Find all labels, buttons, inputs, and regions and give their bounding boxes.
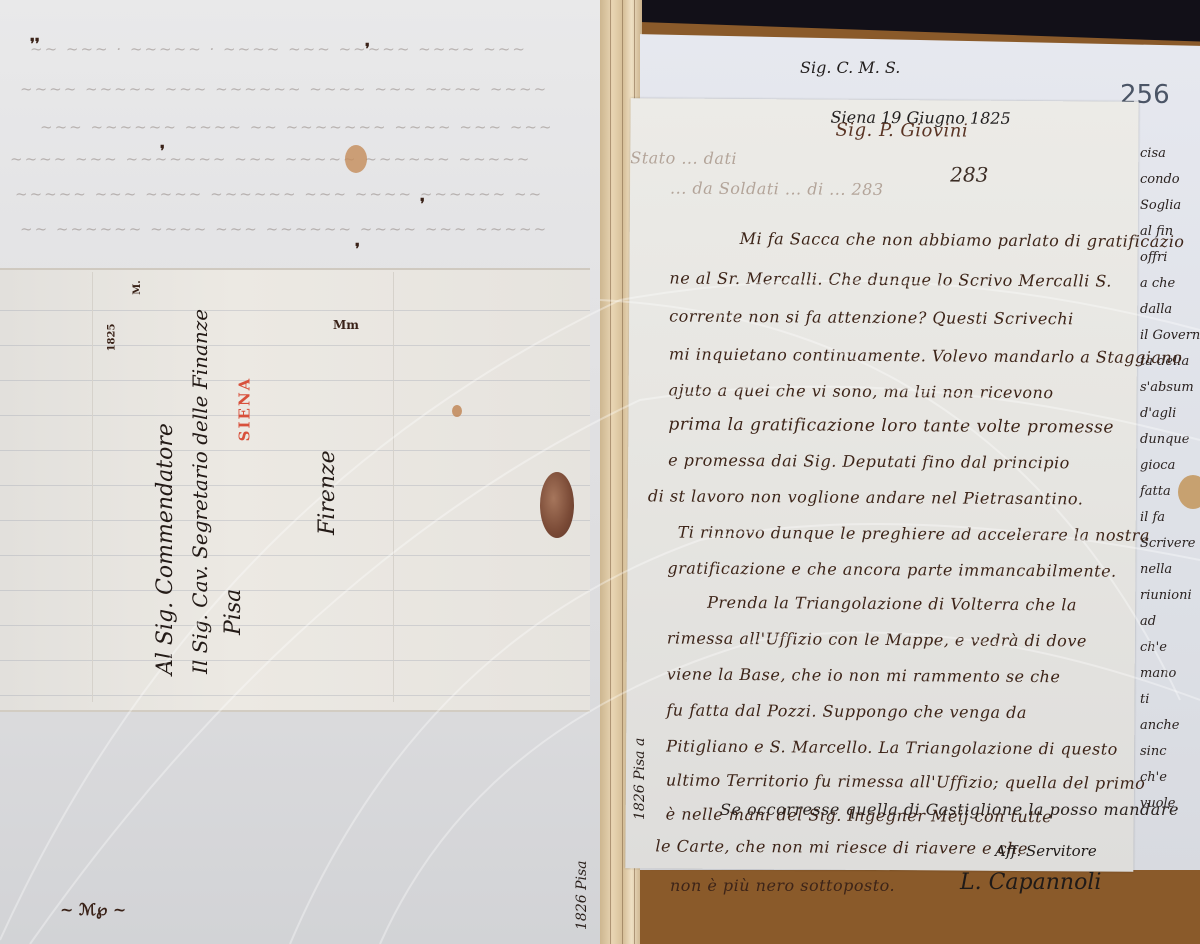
ink-mark: ❜ xyxy=(160,142,165,160)
margin-fragment: fatta xyxy=(1140,484,1171,499)
letter-line: le Carte, che non mi riesce di riavere e… xyxy=(655,836,1028,858)
folio-number: 283 xyxy=(950,162,988,186)
letter-line: Se occorresse quella di Castiglione la p… xyxy=(720,800,1179,819)
margin-fragment: dalla xyxy=(1140,302,1172,317)
margin-fragment: d'agli xyxy=(1140,406,1176,421)
wax-seal xyxy=(540,472,574,538)
annotation: Mm xyxy=(333,318,359,332)
letter-line: Mi fa Sacca che non abbiamo parlato di g… xyxy=(740,229,1185,251)
bleed-through-text: ~~~~ ~~~ ~~~~~~~ ~~~ ~~~~~ ~~~~~~ ~~~~~ xyxy=(10,150,531,168)
ink-mark: ❜❜ xyxy=(30,35,40,53)
margin-fragment: il Governo xyxy=(1140,328,1200,343)
vertical-margin-note: 1826 Pisa a xyxy=(632,738,648,820)
postmark: SIENA xyxy=(235,377,253,442)
signature: L. Capannoli xyxy=(960,870,1101,895)
letter-line: e promessa dai Sig. Deputati fino dal pr… xyxy=(668,451,1070,473)
letter-line: rimessa all'Uffizio con le Mappe, e vedr… xyxy=(667,629,1087,651)
ink-mark: ❜ xyxy=(420,195,425,213)
margin-note: M. xyxy=(132,280,143,295)
letter-line: ultimo Territorio fu rimessa all'Uffizio… xyxy=(666,770,1145,792)
letter-line: fu fatta dal Pozzi. Suppongo che venga d… xyxy=(666,701,1027,723)
margin-fragment: s'absum xyxy=(1140,380,1194,395)
address-line: Pisa xyxy=(221,589,246,635)
margin-fragment: offri xyxy=(1140,250,1167,265)
bleed-through-text: ~~~ ~~~~~~ ~~~~ ~~ ~~~~~~~ ~~~~ ~~~ ~~~ xyxy=(40,118,554,136)
bleed-through-text: ~~ ~~~~~~ ~~~~ ~~~ ~~~~~~ ~~~~ ~~~ ~~~~~ xyxy=(20,220,548,238)
ink-mark: ~ ℳ℘ ~ xyxy=(60,900,126,919)
letter-line: gratificazione e che ancora parte immanc… xyxy=(667,559,1116,581)
faded-line: ... da Soldati ... di ... 283 xyxy=(670,179,884,199)
archival-photograph: ~~ ~~~ · ~~~~~ · ~~~~ ~~~ ~~~~~ ~~~~ ~~~… xyxy=(0,0,1200,944)
margin-fragment: mano xyxy=(1140,666,1176,681)
closing: Aff. Servitore xyxy=(995,842,1097,860)
ink-mark: ❜ xyxy=(355,240,360,258)
bleed-through-text: ~~~~~ ~~~ ~~~~ ~~~~~~ ~~~ ~~~~ ~~~~~~ ~~ xyxy=(15,185,543,203)
margin-fragment: nella xyxy=(1140,562,1172,577)
margin-fragment: dunque xyxy=(1140,432,1189,447)
letter-sheet: Siena 19 Giugno 1825 Sig. P. Giovini Sta… xyxy=(625,98,1138,872)
spine-note: 1826 Pisa xyxy=(574,860,590,930)
foxing-stain xyxy=(345,145,367,173)
margin-fragment: a che xyxy=(1140,276,1175,291)
margin-note: 1825 xyxy=(106,324,117,352)
address-line: Al Sig. Commendatore xyxy=(153,423,178,675)
margin-fragment: gioca xyxy=(1140,458,1175,473)
address-line: Il Sig. Cav. Segretario delle Finanze xyxy=(188,309,212,674)
sheet-header: Sig. C. M. S. xyxy=(800,58,900,77)
margin-fragment: sinc xyxy=(1140,744,1166,759)
margin-fragment: ad xyxy=(1140,614,1156,629)
salutation: Sig. P. Giovini xyxy=(835,120,968,142)
faded-line: Stato ... dati xyxy=(630,148,737,168)
ink-mark: ❜ xyxy=(365,40,370,58)
margin-fragment: cisa xyxy=(1140,146,1166,161)
letter-line: non è più nero sottoposto. xyxy=(670,876,895,895)
letter-line: di st lavoro non voglione andare nel Pie… xyxy=(648,486,1084,508)
wax-seal-fragment xyxy=(1178,475,1200,509)
fold-crease xyxy=(92,272,394,702)
letter-line: viene la Base, che io non mi rammento se… xyxy=(667,665,1061,687)
letter-line: mi inquietano continuamente. Volevo mand… xyxy=(669,345,1183,368)
foxing-stain xyxy=(452,405,462,417)
letter-line: prima la gratificazione loro tante volte… xyxy=(668,415,1114,438)
address-line: Firenze xyxy=(315,450,340,535)
margin-fragment: ch'e xyxy=(1140,640,1167,655)
letter-line: ajuto a quei che vi sono, ma lui non ric… xyxy=(669,381,1054,403)
bleed-through-text: ~~ ~~~ · ~~~~~ · ~~~~ ~~~ ~~~~~ ~~~~ ~~~ xyxy=(30,40,527,58)
letter-line: Prenda la Triangolazione di Volterra che… xyxy=(707,593,1077,615)
margin-fragment: Soglia xyxy=(1140,198,1181,213)
margin-fragment: ti xyxy=(1140,692,1149,707)
margin-fragment: condo xyxy=(1140,172,1180,187)
letter-line: Pitigliano e S. Marcello. La Triangolazi… xyxy=(666,736,1118,758)
bleed-through-text: ~~~~ ~~~~~ ~~~ ~~~~~~ ~~~~ ~~~ ~~~~ ~~~~ xyxy=(20,80,548,98)
letter-line: corrente non si fa attenzione? Questi Sc… xyxy=(669,307,1074,329)
letter-line: Ti rinnovo dunque le preghiere ad accele… xyxy=(678,523,1150,545)
margin-fragment: anche xyxy=(1140,718,1179,733)
margin-fragment: riunioni xyxy=(1140,588,1192,603)
letter-line: ne al Sr. Mercalli. Che dunque lo Scrivo… xyxy=(669,269,1112,291)
left-page: ~~ ~~~ · ~~~~~ · ~~~~ ~~~ ~~~~~ ~~~~ ~~~… xyxy=(0,0,605,944)
margin-fragment: il fa xyxy=(1140,510,1165,525)
